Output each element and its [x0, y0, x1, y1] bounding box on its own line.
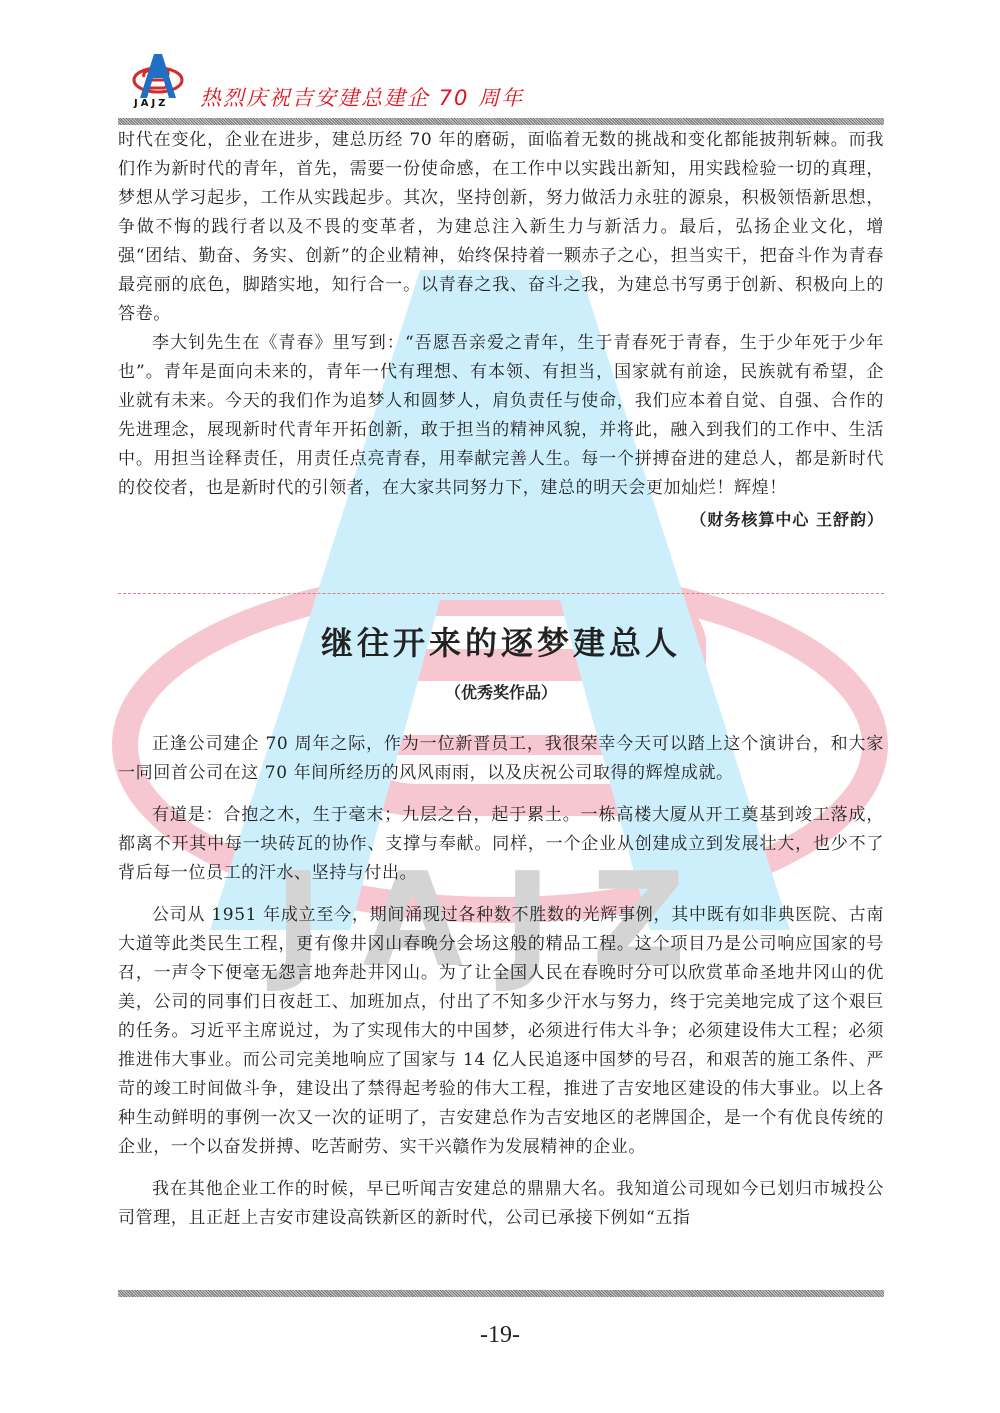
article-2-paragraph: 公司从 1951 年成立至今，期间涌现过各种数不胜数的光辉事例，其中既有如非典医… [118, 901, 884, 1162]
logo-text: JAJZ [134, 98, 168, 109]
article-divider [118, 593, 884, 594]
article-2-body: 正逢公司建企 70 周年之际，作为一位新晋员工，我很荣幸今天可以踏上这个演讲台，… [118, 730, 884, 1246]
article-1-paragraph: 时代在变化，企业在进步，建总历经 70 年的磨砺，面临着无数的挑战和变化都能披荆… [118, 126, 884, 329]
article-2-paragraph: 正逢公司建企 70 周年之际，作为一位新晋员工，我很荣幸今天可以踏上这个演讲台，… [118, 730, 884, 788]
article-2-paragraph: 我在其他企业工作的时候，早已听闻吉安建总的鼎鼎大名。我知道公司现如今已划归市城投… [118, 1175, 884, 1233]
article-2-paragraph: 有道是：合抱之木，生于毫末；九层之台，起于累土。一栋高楼大厦从开工奠基到竣工落成… [118, 801, 884, 888]
page-header: JAJZ 热烈庆祝吉安建总建企 70 周年 [118, 52, 888, 114]
page-number: -19- [0, 1322, 1000, 1349]
article-2-subtitle: （优秀奖作品） [118, 680, 884, 703]
header-title: 热烈庆祝吉安建总建企 70 周年 [200, 82, 524, 112]
article-1-body: 时代在变化，企业在进步，建总历经 70 年的磨砺，面临着无数的挑战和变化都能披荆… [118, 126, 884, 530]
header-divider [118, 118, 884, 125]
footer-divider [118, 1290, 884, 1297]
article-2-title: 继往开来的逐梦建总人 [118, 618, 884, 664]
article-1-attribution: （财务核算中心 王舒韵） [118, 507, 884, 530]
article-1-paragraph: 李大钊先生在《青春》里写到：“吾愿吾亲爱之青年，生于青春死于青春，生于少年死于少… [118, 329, 884, 503]
